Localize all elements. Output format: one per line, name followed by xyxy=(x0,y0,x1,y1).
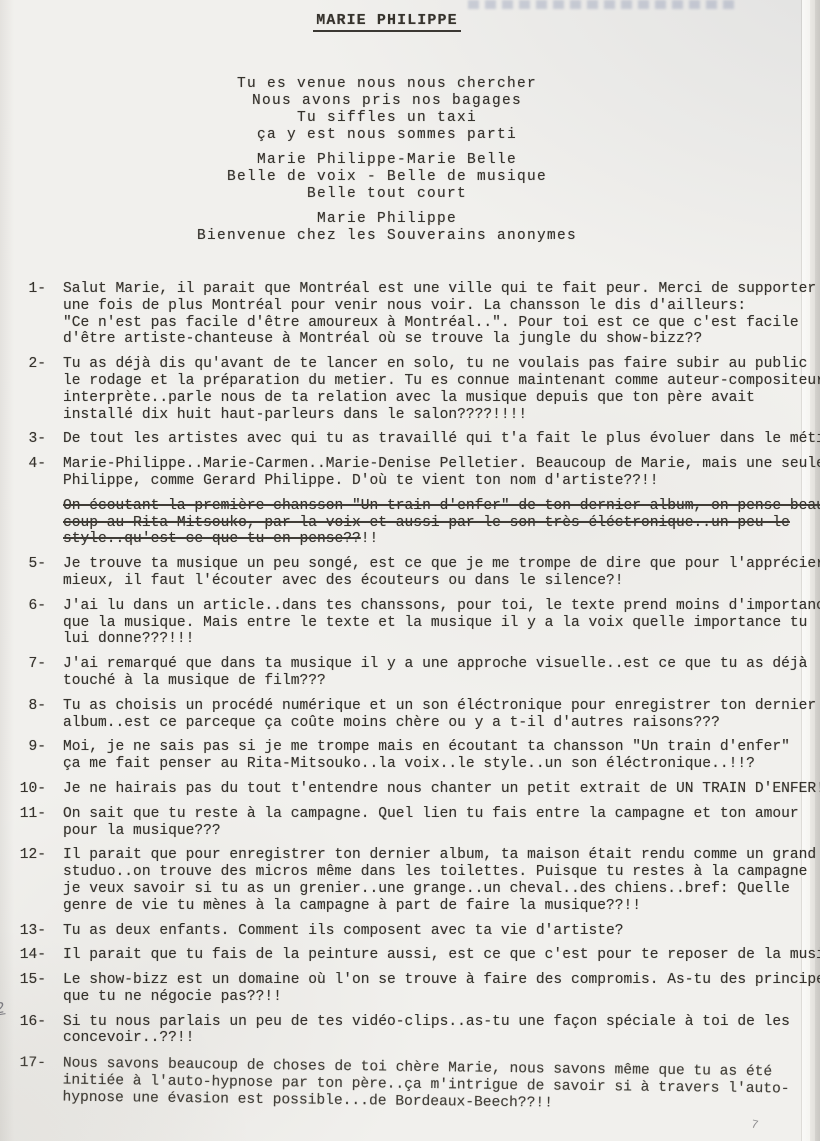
question-line: album..est ce parceque ça coûte moins ch… xyxy=(63,715,820,732)
question-line: d'être artiste-chanteuse à Montréal où s… xyxy=(63,331,820,348)
question-number: 15- xyxy=(0,972,46,1006)
question-line: Tu as déjà dis qu'avant de te lancer en … xyxy=(63,356,820,373)
question-line: Je ne hairais pas du tout t'entendre nou… xyxy=(63,781,820,798)
question-item: 9-Moi, je ne sais pas si je me trompe ma… xyxy=(0,739,820,773)
question-text: Salut Marie, il parait que Montréal est … xyxy=(63,281,820,348)
question-text: Si tu nous parlais un peu de tes vidéo-c… xyxy=(63,1014,820,1048)
question-text: Marie-Philippe..Marie-Carmen..Marie-Deni… xyxy=(63,456,820,490)
question-line: De tout les artistes avec qui tu as trav… xyxy=(63,431,820,448)
poem-line: Bienvenue chez les Souverains anonymes xyxy=(0,228,774,245)
struck-line: coup au Rita-Mitsouko, par la voix et au… xyxy=(63,515,820,532)
question-item: 12-Il parait que pour enregistrer ton de… xyxy=(0,847,820,914)
questions-list: 1-Salut Marie, il parait que Montréal es… xyxy=(0,281,820,1114)
question-number: 7- xyxy=(0,656,46,690)
question-item: 17-Nous savons beaucoup de choses de toi… xyxy=(0,1055,820,1115)
unstruck-tail: !! xyxy=(361,531,379,547)
question-text: J'ai lu dans un article..dans tes chanss… xyxy=(63,598,820,648)
question-text: Nous savons beaucoup de choses de toi ch… xyxy=(62,1056,820,1116)
question-number: 12- xyxy=(0,847,46,914)
question-number: 5- xyxy=(0,556,46,590)
question-line: J'ai remarqué que dans ta musique il y a… xyxy=(63,656,820,673)
question-line: J'ai lu dans un article..dans tes chanss… xyxy=(63,598,820,615)
question-item: 14-Il parait que tu fais de la peinture … xyxy=(0,947,820,964)
question-number: 13- xyxy=(0,923,46,940)
question-line: concevoir..??!! xyxy=(63,1030,820,1047)
question-line: Le show-bizz est un domaine où l'on se t… xyxy=(63,972,820,989)
question-number: 11- xyxy=(0,806,46,840)
question-text: On sait que tu reste à la campagne. Quel… xyxy=(63,806,820,840)
question-line: Salut Marie, il parait que Montréal est … xyxy=(63,281,820,298)
poem-line: Marie Philippe-Marie Belle xyxy=(0,152,774,169)
poem-line: Tu es venue nous nous chercher xyxy=(0,76,774,93)
question-number: 3- xyxy=(0,431,46,448)
question-item: 3-De tout les artistes avec qui tu as tr… xyxy=(0,431,820,448)
question-number: 4- xyxy=(0,456,46,490)
question-line: une fois de plus Montréal pour venir nou… xyxy=(63,298,820,315)
question-item: 1-Salut Marie, il parait que Montréal es… xyxy=(0,281,820,348)
question-text: Le show-bizz est un domaine où l'on se t… xyxy=(63,972,820,1006)
question-text: Je trouve ta musique un peu songé, est c… xyxy=(63,556,820,590)
question-text: De tout les artistes avec qui tu as trav… xyxy=(63,431,820,448)
question-line: interprète..parle nous de ta relation av… xyxy=(63,390,820,407)
poem-line: ça y est nous sommes parti xyxy=(0,127,774,144)
question-number: 10- xyxy=(0,781,46,798)
header: MARIE PHILIPPE xyxy=(0,11,774,32)
question-line: je veux savoir si tu as un grenier..une … xyxy=(63,881,820,898)
question-item: 13-Tu as deux enfants. Comment ils compo… xyxy=(0,923,820,940)
poem-line: Belle de voix - Belle de musique xyxy=(0,169,774,186)
question-number: 16- xyxy=(0,1014,46,1048)
question-item: 7-J'ai remarqué que dans ta musique il y… xyxy=(0,656,820,690)
question-text: Tu as deux enfants. Comment ils composen… xyxy=(63,923,820,940)
question-line: Philippe, comme Gerard Philippe. D'où te… xyxy=(63,473,820,490)
question-line: genre de vie tu mènes à la campagne à pa… xyxy=(63,898,820,915)
question-item: 4-Marie-Philippe..Marie-Carmen..Marie-De… xyxy=(0,456,820,490)
intro-poem: Tu es venue nous nous chercherNous avons… xyxy=(0,76,774,253)
poem-stanza: Tu es venue nous nous chercherNous avons… xyxy=(0,76,774,144)
question-item: 8-Tu as choisis un procédé numérique et … xyxy=(0,698,820,732)
question-line: lui donne???!!! xyxy=(63,631,820,648)
question-item: 15-Le show-bizz est un domaine où l'on s… xyxy=(0,972,820,1006)
question-text: Tu as déjà dis qu'avant de te lancer en … xyxy=(63,356,820,423)
question-line: mieux, il faut l'écouter avec des écoute… xyxy=(63,573,820,590)
question-item: 11-On sait que tu reste à la campagne. Q… xyxy=(0,806,820,840)
struck-line: On écoutant la première chansson "Un tra… xyxy=(63,498,820,515)
question-number: 17- xyxy=(0,1055,46,1106)
struck-text: coup au Rita-Mitsouko, par la voix et au… xyxy=(63,515,790,531)
document-page: MARIE PHILIPPE Tu es venue nous nous che… xyxy=(0,0,820,1141)
question-line: studuo..on trouve des micros même dans l… xyxy=(63,864,820,881)
question-line: que la musique. Mais entre le texte et l… xyxy=(63,615,820,632)
question-number: 6- xyxy=(0,598,46,648)
question-item: 2-Tu as déjà dis qu'avant de te lancer e… xyxy=(0,356,820,423)
question-number: 2- xyxy=(0,356,46,423)
poem-line: Nous avons pris nos bagages xyxy=(0,93,774,110)
question-line: ça me fait penser au Rita-Mitsouko..la v… xyxy=(63,756,820,773)
poem-stanza: Marie PhilippeBienvenue chez les Souvera… xyxy=(0,211,774,245)
poem-stanza: Marie Philippe-Marie BelleBelle de voix … xyxy=(0,152,774,203)
poem-line: Tu siffles un taxi xyxy=(0,110,774,127)
poem-line: Marie Philippe xyxy=(0,211,774,228)
struck-text: style..qu'est ce que tu en pense?? xyxy=(63,531,361,547)
struck-line: style..qu'est ce que tu en pense??!! xyxy=(63,531,820,548)
question-line: installé dix huit haut-parleurs dans le … xyxy=(63,407,820,424)
question-line: "Ce n'est pas facile d'être amoureux à M… xyxy=(63,315,820,332)
question-line: Il parait que tu fais de la peinture aus… xyxy=(63,947,820,964)
page-title: MARIE PHILIPPE xyxy=(313,12,460,32)
question-item: 5-Je trouve ta musique un peu songé, est… xyxy=(0,556,820,590)
question-number: 1- xyxy=(0,281,46,348)
question-text: Il parait que tu fais de la peinture aus… xyxy=(63,947,820,964)
question-line: Je trouve ta musique un peu songé, est c… xyxy=(63,556,820,573)
question-text: J'ai remarqué que dans ta musique il y a… xyxy=(63,656,820,690)
question-line: Il parait que pour enregistrer ton derni… xyxy=(63,847,820,864)
question-line: que tu ne négocie pas??!! xyxy=(63,989,820,1006)
question-text: Tu as choisis un procédé numérique et un… xyxy=(63,698,820,732)
question-line: Si tu nous parlais un peu de tes vidéo-c… xyxy=(63,1014,820,1031)
struck-paragraph: On écoutant la première chansson "Un tra… xyxy=(63,498,820,548)
question-number: 8- xyxy=(0,698,46,732)
question-line: Marie-Philippe..Marie-Carmen..Marie-Deni… xyxy=(63,456,820,473)
question-text: Je ne hairais pas du tout t'entendre nou… xyxy=(63,781,820,798)
question-line: Tu as choisis un procédé numérique et un… xyxy=(63,698,820,715)
question-number: 14- xyxy=(0,947,46,964)
question-line: Tu as deux enfants. Comment ils composen… xyxy=(63,923,820,940)
question-item: 10-Je ne hairais pas du tout t'entendre … xyxy=(0,781,820,798)
question-text: Moi, je ne sais pas si je me trompe mais… xyxy=(63,739,820,773)
question-item: 6-J'ai lu dans un article..dans tes chan… xyxy=(0,598,820,648)
question-item: 16-Si tu nous parlais un peu de tes vidé… xyxy=(0,1014,820,1048)
question-line: On sait que tu reste à la campagne. Quel… xyxy=(63,806,820,823)
question-number: 9- xyxy=(0,739,46,773)
struck-text: On écoutant la première chansson "Un tra… xyxy=(63,498,820,514)
question-line: le rodage et la préparation du metier. T… xyxy=(63,373,820,390)
question-line: Moi, je ne sais pas si je me trompe mais… xyxy=(63,739,820,756)
question-line: touché à la musique de film??? xyxy=(63,673,820,690)
poem-line: Belle tout court xyxy=(0,186,774,203)
question-text: Il parait que pour enregistrer ton derni… xyxy=(63,847,820,914)
handwritten-mark-bottom-right: 7 xyxy=(750,1117,760,1132)
question-line: pour la musique??? xyxy=(63,823,820,840)
bleedthrough-mark xyxy=(468,0,734,9)
